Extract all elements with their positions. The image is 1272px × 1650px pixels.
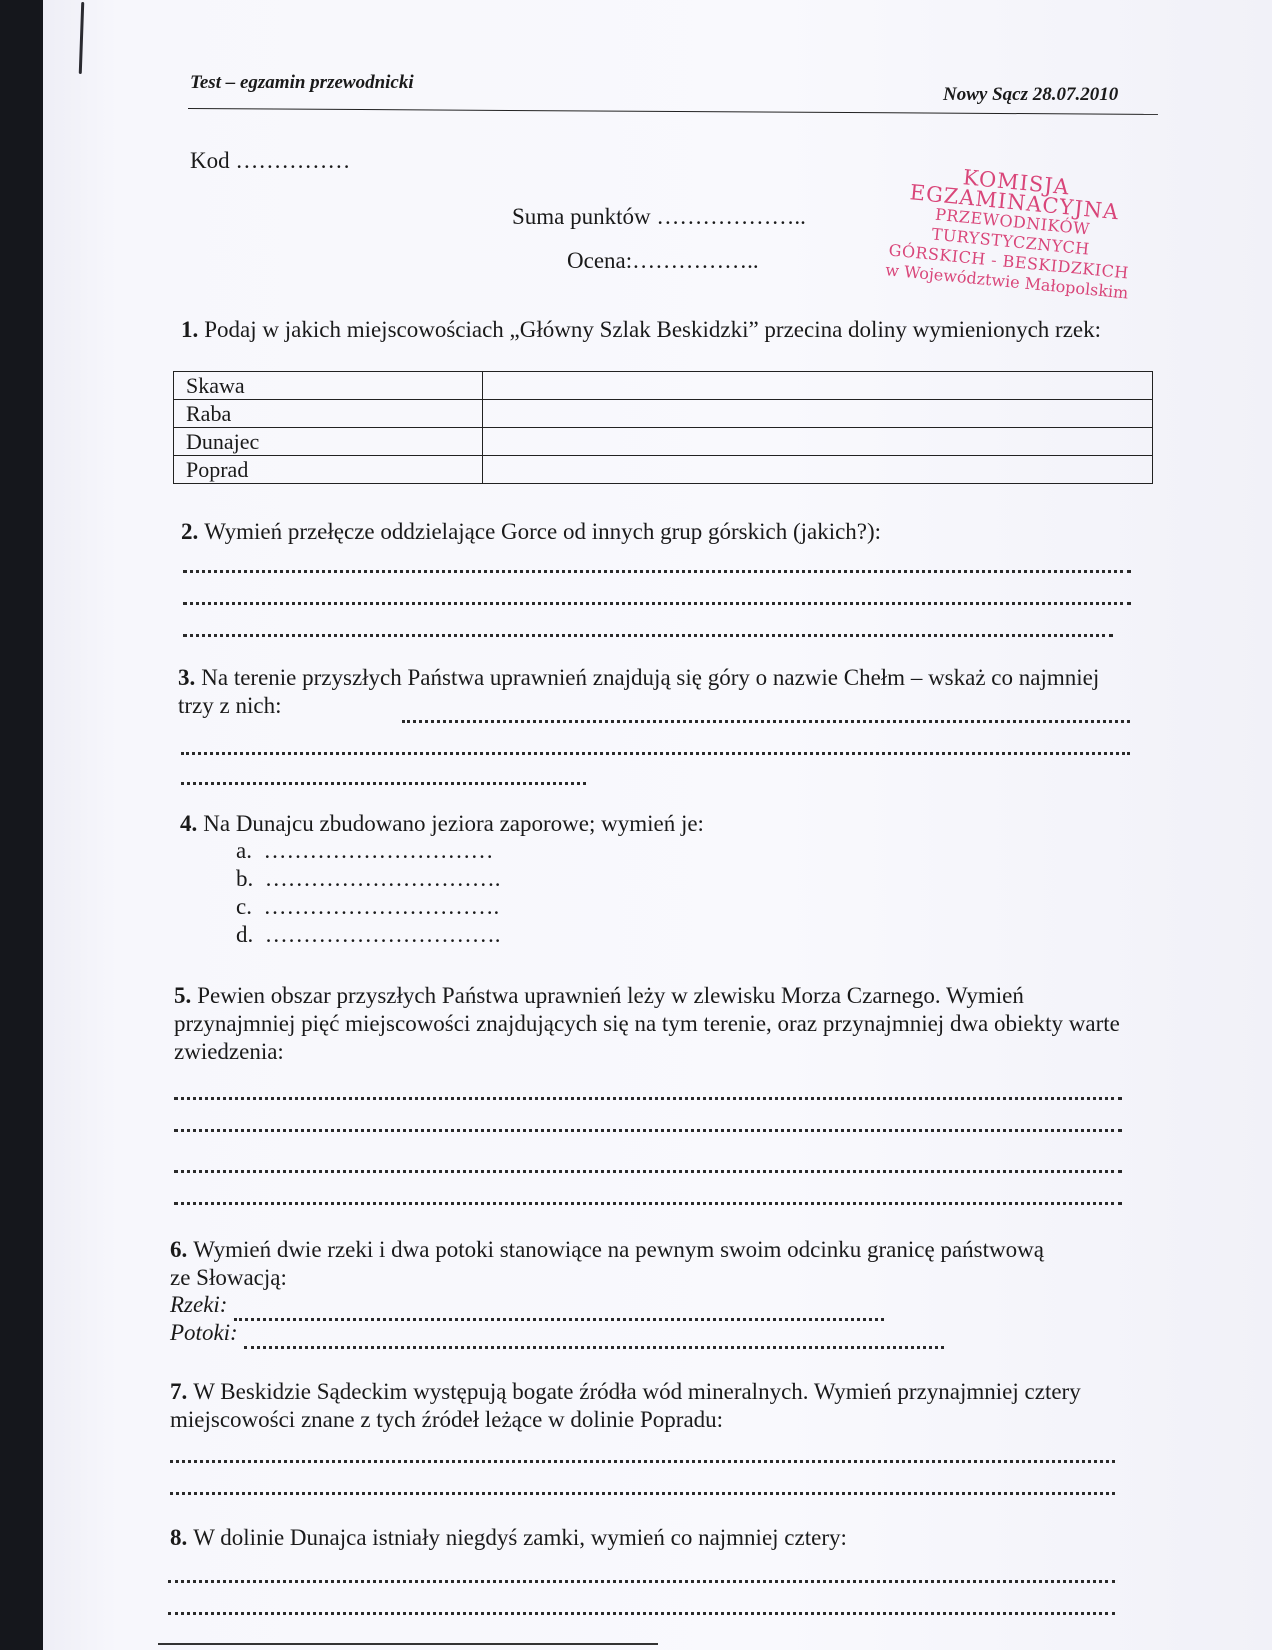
question-text: Podaj w jakich miejscowościach „Główny S… (204, 317, 1101, 342)
river-answer-cell[interactable] (483, 372, 1153, 400)
question-3: 3.Na terenie przyszłych Państwa uprawnie… (178, 664, 1118, 720)
question-number: 2. (181, 519, 198, 544)
rivers-table: Skawa Raba Dunajec Poprad (173, 371, 1153, 484)
item-label: c. (236, 894, 252, 919)
item-label: d. (236, 922, 253, 947)
question-text: Na Dunajcu zbudowano jeziora zaporowe; w… (203, 811, 704, 836)
question-number: 8. (170, 1525, 187, 1550)
kod-label: Kod (190, 148, 230, 173)
potoki-label: Potoki: (170, 1320, 238, 1346)
question-number: 1. (181, 317, 198, 342)
table-row: Dunajec (174, 428, 1153, 456)
lake-item-b[interactable]: b. …………………………. (236, 866, 501, 892)
question-number: 7. (170, 1379, 187, 1404)
lake-item-a[interactable]: a. ………………………… (236, 838, 493, 864)
rzeki-label: Rzeki: (170, 1292, 227, 1318)
answer-line[interactable] (181, 782, 586, 785)
footer-rule (158, 1643, 658, 1645)
answer-line[interactable] (183, 602, 1131, 605)
table-row: Raba (174, 400, 1153, 428)
suma-value[interactable]: ……………….. (656, 204, 806, 229)
question-text: Wymień przełęcze oddzielające Gorce od i… (204, 519, 881, 544)
document-title: Test – egzamin przewodnicki (190, 72, 414, 94)
item-value[interactable]: …………………………. (265, 866, 501, 891)
river-answer-cell[interactable] (483, 456, 1153, 484)
table-row: Poprad (174, 456, 1153, 484)
river-name: Dunajec (174, 428, 483, 456)
potoki-answer-line[interactable] (244, 1346, 944, 1349)
question-text: Pewien obszar przyszłych Państwa uprawni… (174, 983, 1120, 1064)
answer-line[interactable] (174, 1170, 1122, 1173)
question-1: 1.Podaj w jakich miejscowościach „Główny… (181, 316, 1156, 344)
question-7: 7.W Beskidzie Sądeckim występują bogate … (170, 1378, 1130, 1434)
place-date: Nowy Sącz 28.07.2010 (943, 84, 1118, 106)
river-answer-cell[interactable] (483, 400, 1153, 428)
answer-line[interactable] (183, 570, 1131, 573)
suma-field[interactable]: Suma punktów ……………….. (512, 204, 806, 230)
lake-item-d[interactable]: d. …………………………. (236, 922, 501, 948)
river-name: Raba (174, 400, 483, 428)
question-number: 4. (180, 811, 197, 836)
lake-item-c[interactable]: c. …………………………. (236, 894, 499, 920)
scanner-edge (0, 0, 43, 1650)
river-name: Skawa (174, 372, 483, 400)
question-6: 6.Wymień dwie rzeki i dwa potoki stanowi… (170, 1236, 1070, 1292)
answer-line[interactable] (181, 752, 1130, 755)
river-name: Poprad (174, 456, 483, 484)
rzeki-answer-line[interactable] (234, 1318, 884, 1321)
item-value[interactable]: ………………………… (263, 838, 493, 863)
answer-line[interactable] (168, 1580, 1115, 1583)
answer-line[interactable] (402, 720, 1130, 723)
question-number: 6. (170, 1237, 187, 1262)
table-row: Skawa (174, 372, 1153, 400)
kod-value[interactable]: …………… (235, 148, 350, 173)
item-label: a. (236, 838, 252, 863)
item-value[interactable]: …………………………. (265, 922, 501, 947)
question-text: Na terenie przyszłych Państwa uprawnień … (178, 665, 1099, 718)
question-8: 8.W dolinie Dunajca istniały niegdyś zam… (170, 1524, 1135, 1552)
suma-label: Suma punktów (512, 204, 651, 229)
item-value[interactable]: …………………………. (263, 894, 499, 919)
ocena-field[interactable]: Ocena:…………….. (567, 248, 759, 274)
kod-field[interactable]: Kod …………… (190, 148, 350, 174)
river-answer-cell[interactable] (483, 428, 1153, 456)
answer-line[interactable] (183, 634, 1113, 637)
answer-line[interactable] (170, 1460, 1115, 1463)
answer-line[interactable] (170, 1492, 1115, 1495)
answer-line[interactable] (174, 1202, 1122, 1205)
question-text: Wymień dwie rzeki i dwa potoki stanowiąc… (170, 1237, 1044, 1290)
item-label: b. (236, 866, 253, 891)
question-text: W Beskidzie Sądeckim występują bogate źr… (170, 1379, 1081, 1432)
answer-line[interactable] (174, 1097, 1122, 1100)
ocena-value[interactable]: …………….. (632, 248, 759, 273)
question-text: W dolinie Dunajca istniały niegdyś zamki… (193, 1525, 847, 1550)
question-4: 4.Na Dunajcu zbudowano jeziora zaporowe;… (180, 810, 1145, 838)
question-5: 5.Pewien obszar przyszłych Państwa upraw… (174, 982, 1134, 1066)
question-number: 3. (178, 665, 195, 690)
answer-line[interactable] (174, 1129, 1122, 1132)
answer-line[interactable] (168, 1612, 1115, 1615)
ocena-label: Ocena: (567, 248, 632, 273)
question-2: 2.Wymień przełęcze oddzielające Gorce od… (181, 518, 1146, 546)
question-number: 5. (174, 983, 191, 1008)
